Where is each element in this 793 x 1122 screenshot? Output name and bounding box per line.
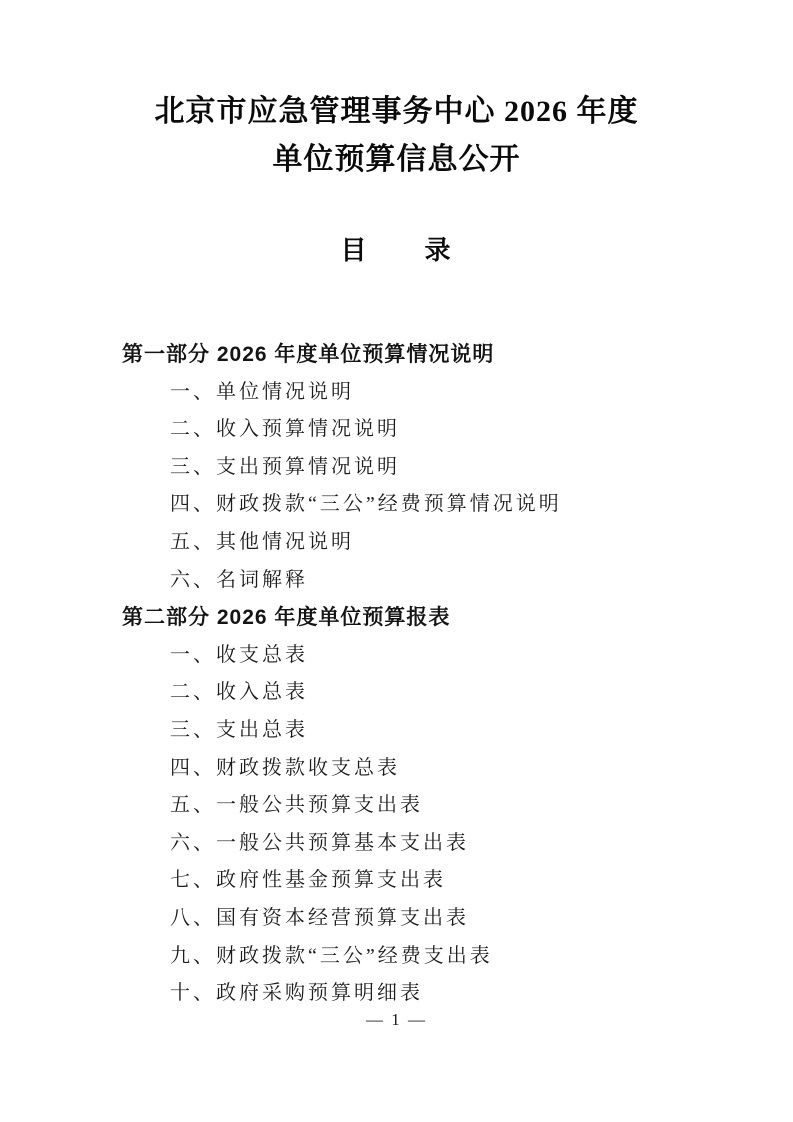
document-title-line1: 北京市应急管理事务中心 2026 年度 bbox=[0, 88, 793, 136]
toc-item: 一、单位情况说明 bbox=[122, 374, 713, 412]
toc-item: 七、政府性基金预算支出表 bbox=[122, 862, 713, 900]
toc-item: 五、其他情况说明 bbox=[122, 524, 713, 562]
toc-item: 二、收入总表 bbox=[122, 674, 713, 712]
page-number: — 1 — bbox=[0, 1010, 793, 1030]
toc-heading: 目 录 bbox=[0, 230, 793, 267]
toc-item: 四、财政拨款“三公”经费预算情况说明 bbox=[122, 486, 713, 524]
toc-item: 九、财政拨款“三公”经费支出表 bbox=[122, 938, 713, 976]
document-page: 北京市应急管理事务中心 2026 年度 单位预算信息公开 目 录 第一部分 20… bbox=[0, 0, 793, 1122]
toc-item: 三、支出总表 bbox=[122, 712, 713, 750]
toc-item: 四、财政拨款收支总表 bbox=[122, 750, 713, 788]
toc-item: 六、一般公共预算基本支出表 bbox=[122, 825, 713, 863]
table-of-contents: 第一部分 2026 年度单位预算情况说明 一、单位情况说明 二、收入预算情况说明… bbox=[122, 336, 713, 1013]
toc-item: 三、支出预算情况说明 bbox=[122, 449, 713, 487]
toc-section-2-heading: 第二部分 2026 年度单位预算报表 bbox=[122, 599, 713, 637]
toc-item: 一、收支总表 bbox=[122, 637, 713, 675]
toc-item: 二、收入预算情况说明 bbox=[122, 411, 713, 449]
document-title: 北京市应急管理事务中心 2026 年度 单位预算信息公开 bbox=[0, 88, 793, 184]
toc-section-1-heading: 第一部分 2026 年度单位预算情况说明 bbox=[122, 336, 713, 374]
toc-item: 八、国有资本经营预算支出表 bbox=[122, 900, 713, 938]
toc-item: 五、一般公共预算支出表 bbox=[122, 787, 713, 825]
toc-item: 六、名词解释 bbox=[122, 562, 713, 600]
toc-item: 十、政府采购预算明细表 bbox=[122, 975, 713, 1013]
document-title-line2: 单位预算信息公开 bbox=[0, 136, 793, 184]
